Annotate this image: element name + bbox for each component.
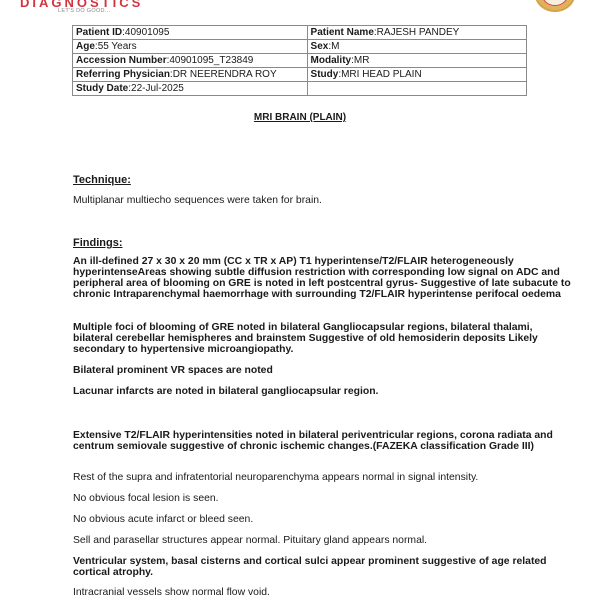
info-row: Age:55 YearsSex:M	[73, 40, 527, 54]
info-cell: Accession Number:40901095_T23849	[73, 54, 308, 68]
finding-paragraph: Ventricular system, basal cisterns and c…	[73, 556, 573, 578]
info-cell: Study Date:22-Jul-2025	[73, 82, 308, 96]
info-value: MRI HEAD PLAIN	[341, 69, 422, 80]
info-label: Patient Name	[311, 27, 374, 38]
info-value: 40901095_T23849	[169, 55, 253, 66]
technique-heading: Technique:	[73, 174, 131, 186]
info-row: Referring Physician:DR NEERENDRA ROYStud…	[73, 68, 527, 82]
info-value: RAJESH PANDEY	[377, 27, 460, 38]
info-cell: Sex:M	[307, 40, 526, 54]
info-value: 22-Jul-2025	[131, 83, 184, 94]
finding-paragraph: Rest of the supra and infratentorial neu…	[73, 472, 573, 483]
logo-tagline: LET'S DO GOOD...	[58, 8, 110, 14]
info-label: Age	[76, 41, 95, 52]
info-row: Patient ID:40901095Patient Name:RAJESH P…	[73, 26, 527, 40]
info-value: 40901095	[125, 27, 170, 38]
patient-info-table: Patient ID:40901095Patient Name:RAJESH P…	[72, 25, 527, 96]
info-cell	[307, 82, 526, 96]
info-label: Sex	[311, 41, 329, 52]
finding-paragraph: No obvious focal lesion is seen.	[73, 493, 573, 504]
info-label: Referring Physician	[76, 69, 170, 80]
info-row: Accession Number:40901095_T23849Modality…	[73, 54, 527, 68]
info-cell: Age:55 Years	[73, 40, 308, 54]
finding-paragraph: No obvious acute infarct or bleed seen.	[73, 514, 573, 525]
info-value: M	[331, 41, 339, 52]
info-label: Patient ID	[76, 27, 122, 38]
report-title: MRI BRAIN (PLAIN)	[0, 112, 600, 123]
info-label: Modality	[311, 55, 352, 66]
seal-icon	[535, 0, 575, 12]
info-cell: Patient Name:RAJESH PANDEY	[307, 26, 526, 40]
finding-paragraph: Bilateral prominent VR spaces are noted	[73, 365, 573, 376]
info-row: Study Date:22-Jul-2025	[73, 82, 527, 96]
finding-paragraph: Extensive T2/FLAIR hyperintensities note…	[73, 430, 573, 452]
info-cell: Patient ID:40901095	[73, 26, 308, 40]
info-cell: Referring Physician:DR NEERENDRA ROY	[73, 68, 308, 82]
finding-paragraph: Lacunar infarcts are noted in bilateral …	[73, 386, 573, 397]
info-label: Study	[311, 69, 339, 80]
finding-paragraph: Intracranial vessels show normal flow vo…	[73, 587, 573, 598]
info-value: MR	[354, 55, 370, 66]
technique-text: Multiplanar multiecho sequences were tak…	[73, 195, 573, 206]
info-label: Study Date	[76, 83, 128, 94]
info-label: Accession Number	[76, 55, 167, 66]
finding-paragraph: Sell and parasellar structures appear no…	[73, 535, 573, 546]
info-value: DR NEERENDRA ROY	[173, 69, 277, 80]
findings-heading: Findings:	[73, 237, 123, 249]
info-value: 55 Years	[98, 41, 137, 52]
finding-paragraph: An ill-defined 27 x 30 x 20 mm (CC x TR …	[73, 256, 573, 300]
finding-paragraph: Multiple foci of blooming of GRE noted i…	[73, 322, 573, 355]
info-cell: Modality:MR	[307, 54, 526, 68]
info-cell: Study:MRI HEAD PLAIN	[307, 68, 526, 82]
